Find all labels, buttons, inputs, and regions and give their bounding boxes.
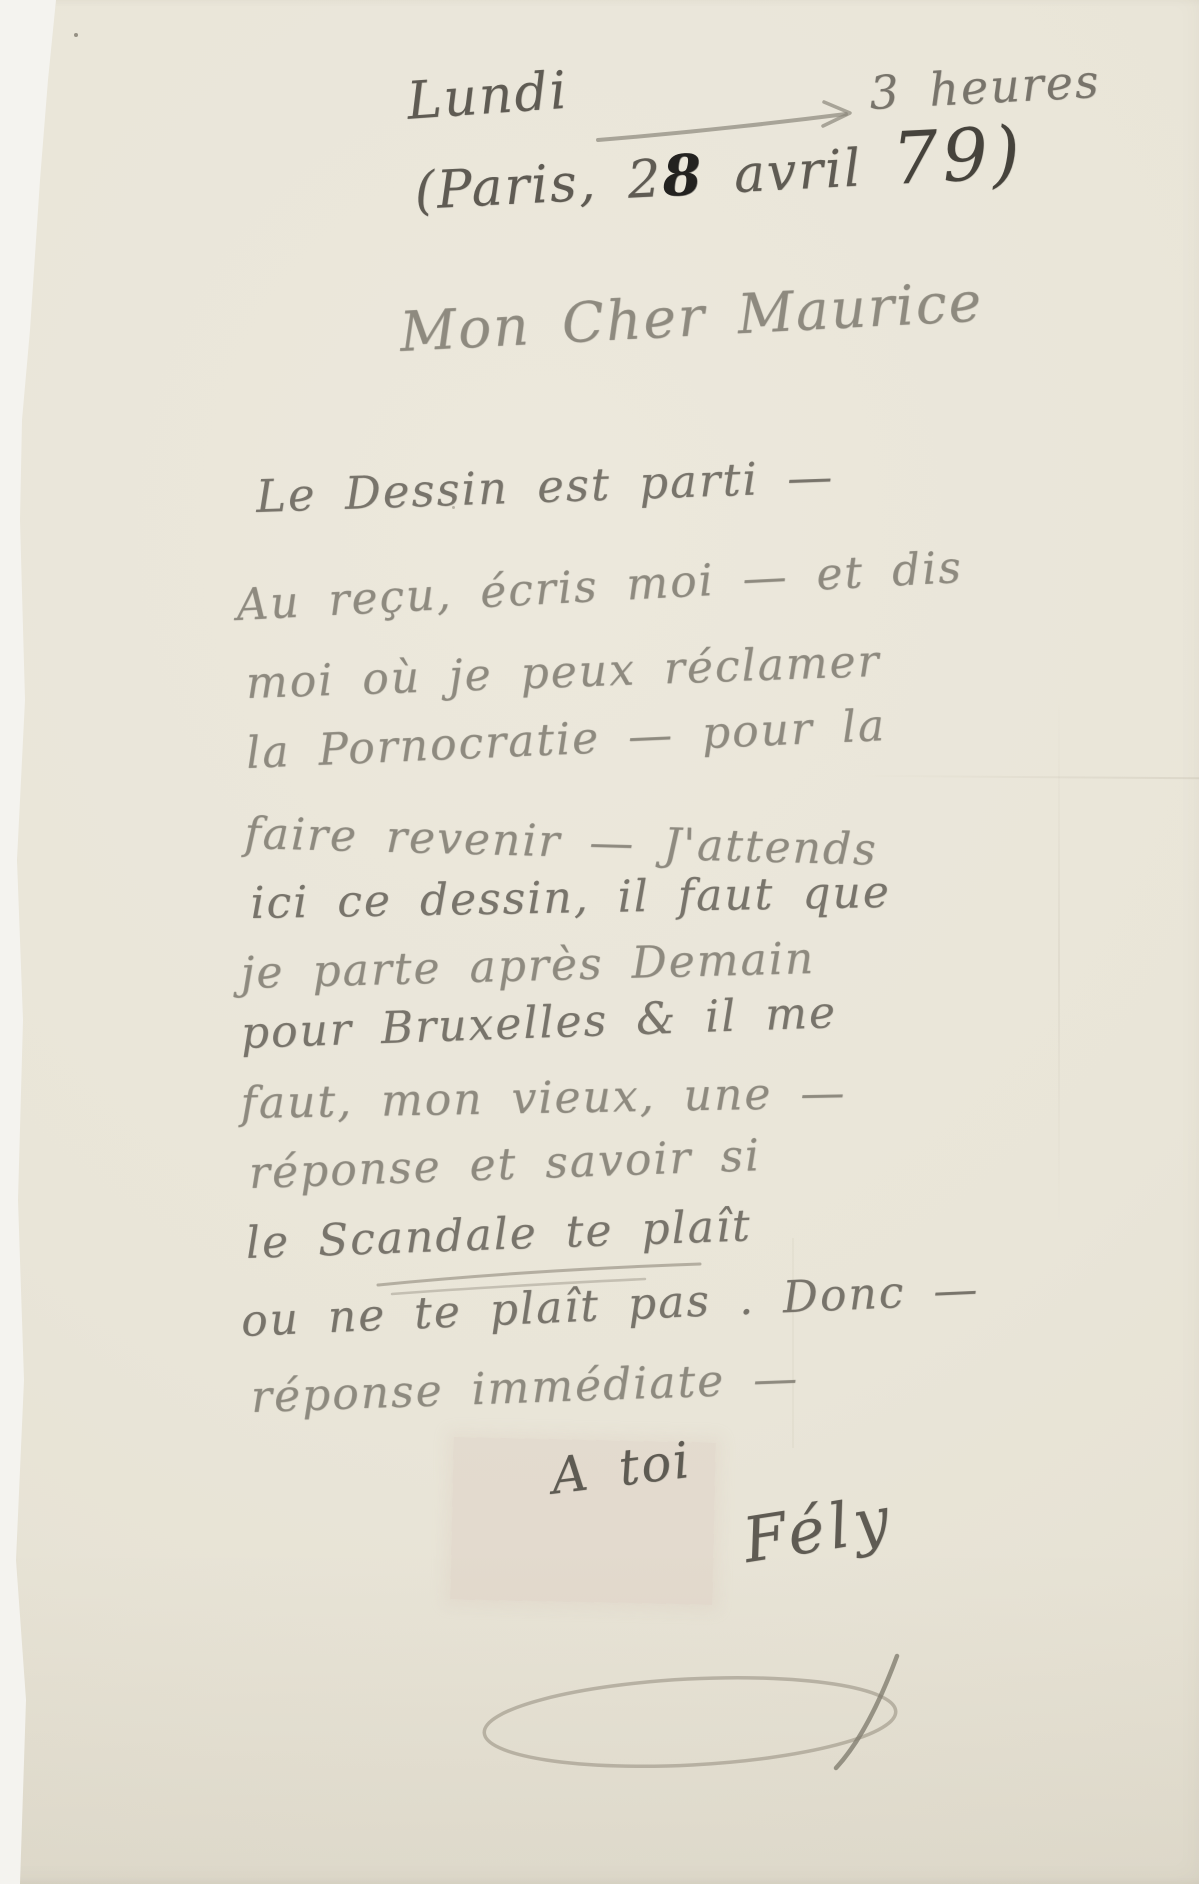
body-line-11: le Scandale te plaît [245,1200,752,1269]
year: 79) [890,110,1026,201]
body-line-11-post: te plaît [537,1200,753,1258]
body-line-4: la Pornocratie — pour la [245,700,887,779]
corrected-digit-8: 8 [661,142,705,210]
paraph-ellipse-stroke [482,1668,898,1775]
body-line-7: je parte après Demain [240,933,816,999]
place-prefix: (Paris, 2 [413,149,664,222]
paper-speck [26,272,29,275]
paraph-tail-stroke [836,1656,897,1768]
vertical-crease [1058,690,1060,1230]
body-line-2: Au reçu, écris moi — et dis [235,542,964,631]
date-line-day: Lundi [405,61,570,132]
body-line-13: réponse immédiate — [250,1353,800,1423]
scandale-underlined-word: Scandale [317,1208,539,1267]
body-line-5: faire revenir — J'attends [244,808,879,876]
body-line-12: ou ne te plaît pas . Donc — [240,1264,980,1347]
signature: Fély [738,1481,899,1577]
vertical-crease-2 [792,1238,794,1448]
body-line-9: faut, mon vieux, une — [240,1067,847,1129]
body-line-10: réponse et savoir si [248,1130,762,1199]
body-line-1: Le Dessin est parti — [255,450,835,523]
horizontal-crease [848,775,1199,779]
date-line-time: 3 heures [868,54,1102,120]
body-line-11-pre: le [245,1215,319,1268]
date-line-place: (Paris, 28 avril 79) [412,110,1026,226]
salutation: Mon Cher Maurice [398,269,984,363]
scanned-letter: Lundi 3 heures (Paris, 28 avril 79) Mon … [0,0,1199,1884]
body-line-6: ici ce dessin, il faut que [250,867,891,929]
paper-speck [74,33,78,37]
body-line-8: pour Bruxelles & il me [240,987,838,1059]
month: avril [732,139,863,206]
letter-paper: Lundi 3 heures (Paris, 28 avril 79) Mon … [0,0,1199,1884]
body-line-3: moi où je peux réclamer [245,636,881,709]
